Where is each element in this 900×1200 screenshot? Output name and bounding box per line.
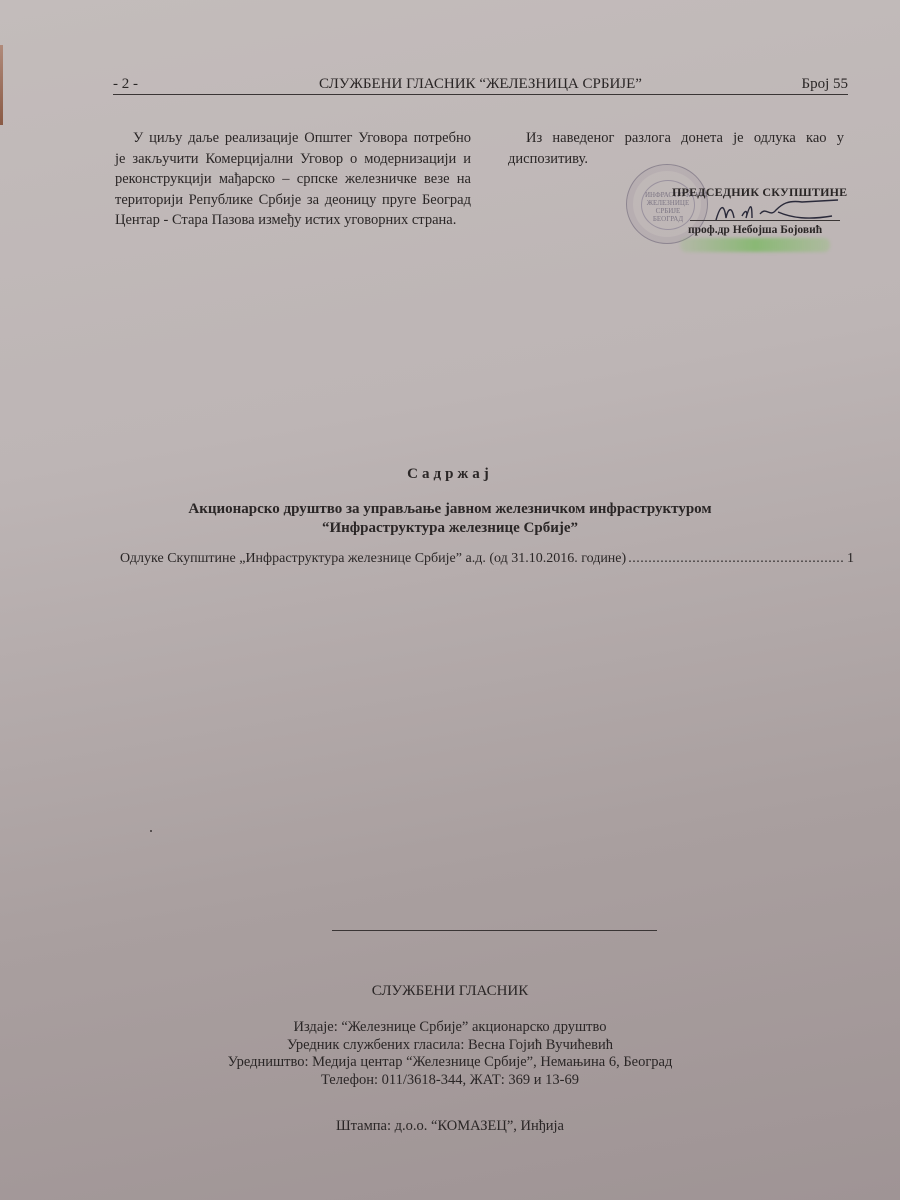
paper-edge (0, 45, 3, 125)
organization-line-1: Акционарско друштво за управљање јавном … (0, 500, 900, 519)
footer-divider (332, 930, 657, 931)
footer-brand: СЛУЖБЕНИ ГЛАСНИК (0, 983, 900, 1000)
footer-imprint: Издаје: “Железнице Србије” акционарско д… (0, 1019, 900, 1089)
highlighter-mark (680, 238, 830, 252)
contents-heading: Садржај (0, 466, 900, 483)
toc-entry-page: 1 (847, 551, 854, 567)
toc-entry[interactable]: Одлуке Скупштине „Инфраструктура железни… (120, 551, 854, 567)
signatory-name: проф.др Небојша Бојовић (688, 224, 822, 236)
publisher-line: Издаје: “Железнице Србије” акционарско д… (0, 1019, 900, 1037)
toc-leader-dots (628, 551, 845, 567)
toc-entry-text: Одлуке Скупштине „Инфраструктура железни… (120, 551, 626, 567)
contents-organization: Акционарско друштво за управљање јавном … (0, 500, 900, 538)
page-header: - 2 - СЛУЖБЕНИ ГЛАСНИК “ЖЕЛЕЗНИЦА СРБИЈЕ… (113, 74, 848, 95)
printer-line: Штампа: д.о.о. “КОМАЗЕЦ”, Инђија (0, 1118, 900, 1135)
phone-line: Телефон: 011/3618-344, ЖАТ: 369 и 13-69 (0, 1072, 900, 1090)
left-column: У циљу даље реализације Општег Уговора п… (115, 128, 471, 231)
left-paragraph: У циљу даље реализације Општег Уговора п… (115, 128, 471, 231)
office-line: Уредништво: Медија центар “Железнице Срб… (0, 1054, 900, 1072)
organization-line-2: “Инфраструктура железнице Србије” (0, 519, 900, 538)
publication-title: СЛУЖБЕНИ ГЛАСНИК “ЖЕЛЕЗНИЦА СРБИЈЕ” (113, 76, 848, 93)
editor-line: Уредник службених гласила: Весна Гојић В… (0, 1037, 900, 1055)
signature-line (690, 220, 840, 221)
stray-mark (150, 830, 152, 832)
signature-block: ИНФРАСТРУКТУРА ЖЕЛЕЗНИЦЕ СРБИЈЕ БЕОГРАД … (620, 160, 850, 260)
issue-number: Број 55 (801, 76, 848, 93)
